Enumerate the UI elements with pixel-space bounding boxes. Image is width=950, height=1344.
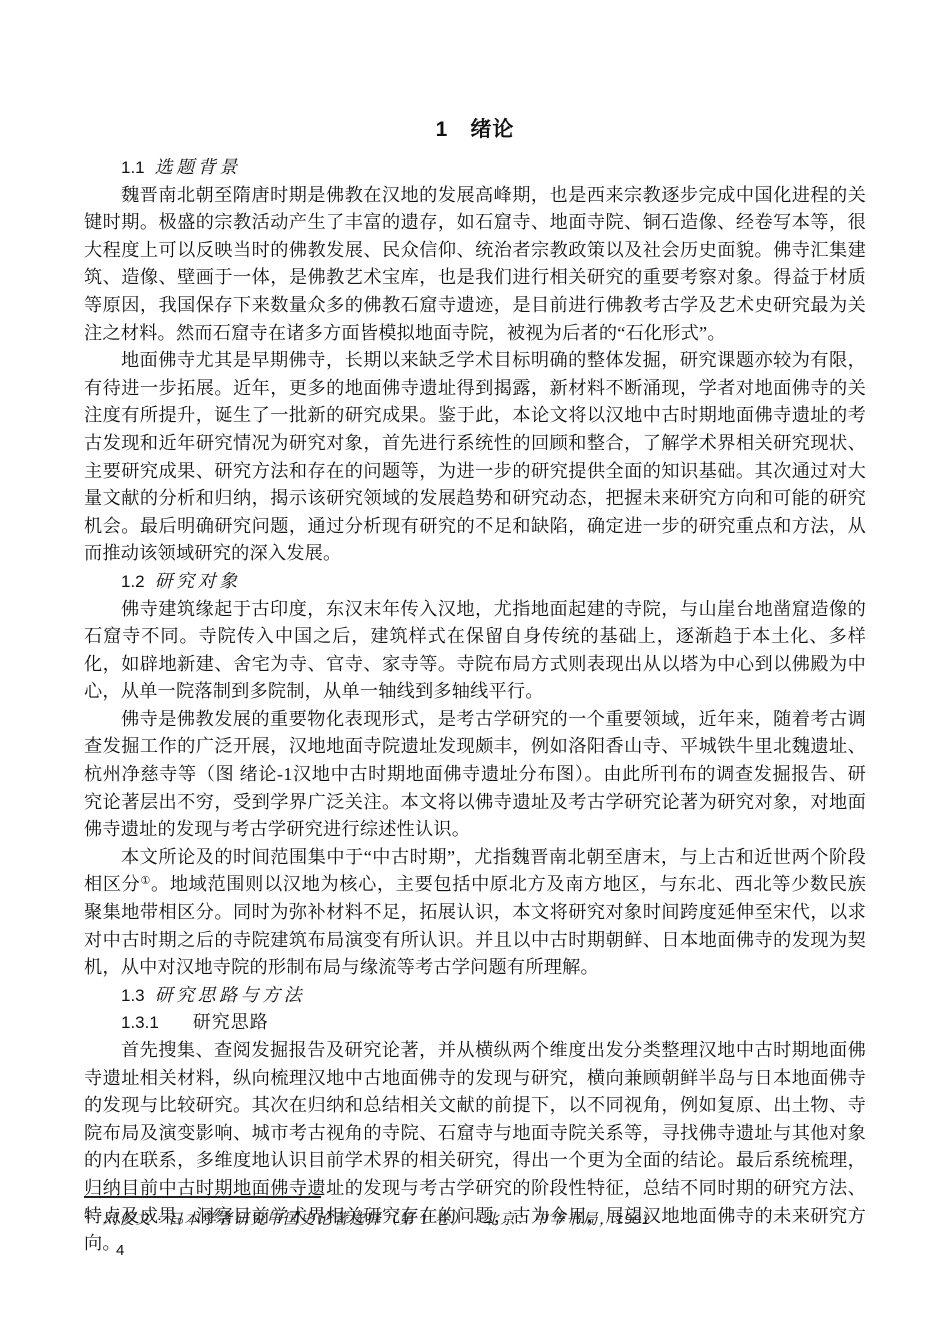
paragraph-object-3: 本文所论及的时间范围集中于“中古时期”，尤指魏晋南北朝至唐末，与上古和近世两个阶… xyxy=(84,844,866,982)
footnote-separator-line xyxy=(84,1196,321,1198)
paragraph-object-3-text-after: 。地域范围则以汉地为核心，主要包括中原北方及南方地区，与东北、西北等少数民族聚集… xyxy=(84,874,866,977)
heading-1-1: 1.1选题背景 xyxy=(84,154,866,182)
chapter-title: 1 绪论 xyxy=(84,116,866,144)
page-content: 1 绪论 1.1选题背景 魏晋南北朝至隋唐时期是佛教在汉地的发展高峰期，也是西来… xyxy=(84,116,866,1258)
thesis-page: 1 绪论 1.1选题背景 魏晋南北朝至隋唐时期是佛教在汉地的发展高峰期，也是西来… xyxy=(0,0,950,1344)
heading-1-2-number: 1.2 xyxy=(121,572,145,591)
heading-1-1-label: 选题背景 xyxy=(155,157,241,177)
heading-1-2: 1.2研究对象 xyxy=(84,568,866,596)
paragraph-object-2: 佛寺是佛教发展的重要物化表现形式，是考古学研究的一个重要领域，近年来，随着考古调… xyxy=(84,706,866,844)
footnote-block: ①刘俊文 · 日本学者研究中国史论著选择（第 1 卷） · 北京：中华书局，19… xyxy=(84,1196,866,1230)
footnote-citation: 刘俊文 · 日本学者研究中国史论著选择（第 1 卷） · 北京：中华书局，199… xyxy=(102,1212,651,1228)
paragraph-background-1: 魏晋南北朝至隋唐时期是佛教在汉地的发展高峰期，也是西来宗教逐步完成中国化进程的关… xyxy=(84,182,866,348)
paragraph-background-2: 地面佛寺尤其是早期佛寺，长期以来缺乏学术目标明确的整体发掘，研究课题亦较为有限，… xyxy=(84,347,866,568)
heading-1-3-label: 研究思路与方法 xyxy=(155,985,306,1005)
heading-1-3-1: 1.3.1研究思路 xyxy=(84,1009,866,1037)
footnote-marker: ① xyxy=(84,1211,94,1222)
footnote-reference-mark: ① xyxy=(140,875,151,887)
paragraph-object-1: 佛寺建筑缘起于古印度，东汉末年传入汉地，尤指地面起建的寺院，与山崖台地凿窟造像的… xyxy=(84,596,866,706)
heading-1-3-1-number: 1.3.1 xyxy=(121,1013,159,1032)
heading-1-3-1-label: 研究思路 xyxy=(193,1012,269,1032)
page-number: 4 xyxy=(116,1242,124,1259)
heading-1-1-number: 1.1 xyxy=(121,158,145,177)
heading-1-3-number: 1.3 xyxy=(121,986,145,1005)
heading-1-3: 1.3研究思路与方法 xyxy=(84,982,866,1010)
heading-1-2-label: 研究对象 xyxy=(155,571,241,591)
footnote-text: ①刘俊文 · 日本学者研究中国史论著选择（第 1 卷） · 北京：中华书局，19… xyxy=(84,1207,866,1230)
